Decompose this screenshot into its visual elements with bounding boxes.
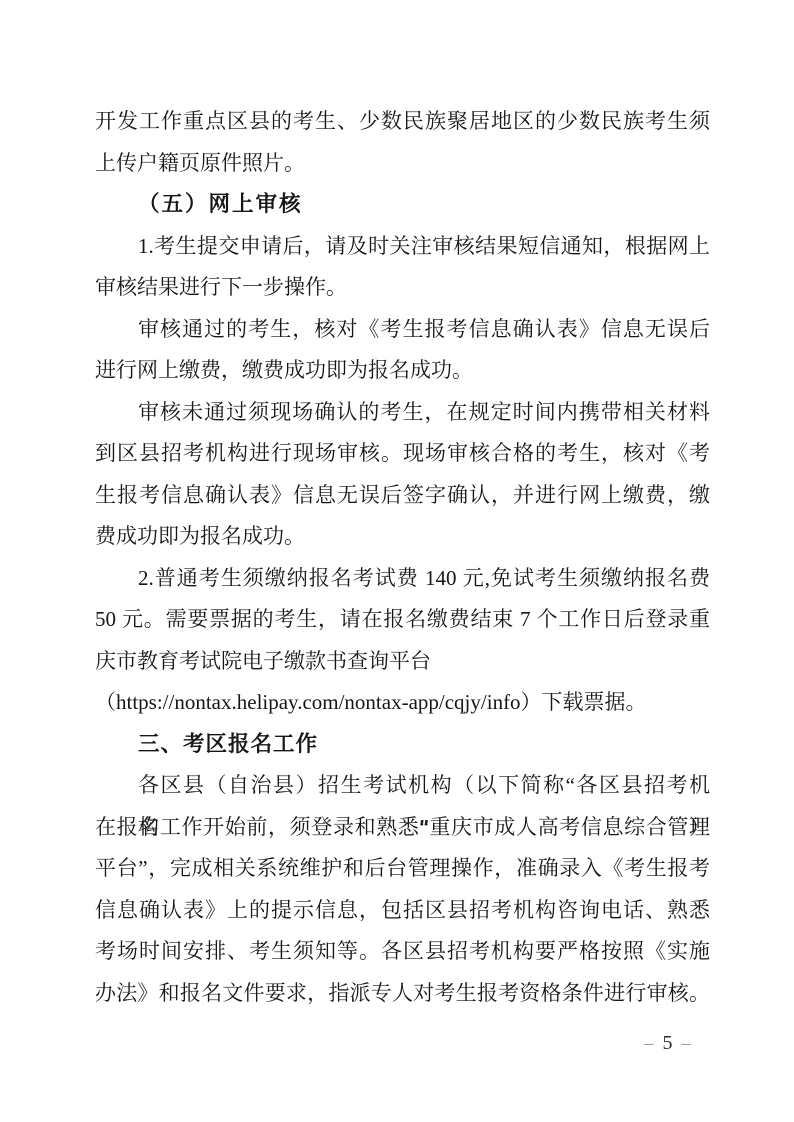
text-line: 开发工作重点区县的考生、少数民族聚居地区的少数民族考生须 [95,101,710,143]
document-page: 开发工作重点区县的考生、少数民族聚居地区的少数民族考生须上传户籍页原件照片。（五… [0,0,794,1122]
text-line: 进行网上缴费，缴费成功即为报名成功。 [95,350,710,392]
text-line: 在报名工作开始前，须登录和熟悉“重庆市成人高考信息综合管理 [95,807,710,849]
text-line: 庆市教育考试院电子缴款书查询平台 [95,641,710,683]
text-line: 上传户籍页原件照片。 [95,143,710,185]
text-line: 审核通过的考生，核对《考生报考信息确认表》信息无误后 [95,309,710,351]
text-line: （https://nontax.helipay.com/nontax-app/c… [95,682,710,724]
document-body: 开发工作重点区县的考生、少数民族聚居地区的少数民族考生须上传户籍页原件照片。（五… [95,101,710,1014]
text-line: 费成功即为报名成功。 [95,516,710,558]
text-line: 1.考生提交申请后，请及时关注审核结果短信通知，根据网上 [95,226,710,268]
section-heading: 三、考区报名工作 [95,724,710,766]
text-line: 各区县（自治县）招生考试机构（以下简称“各区县招考机构”） [95,765,710,807]
page-number-dash-right: – [673,1033,701,1054]
subsection-heading: （五）网上审核 [95,184,710,226]
page-number-dash-left: – [635,1033,663,1054]
text-line: 2.普通考生须缴纳报名考试费 140 元,免试考生须缴纳报名费 [95,558,710,600]
text-line: 考场时间安排、考生须知等。各区县招考机构要严格按照《实施 [95,931,710,973]
text-line: 审核未通过须现场确认的考生，在规定时间内携带相关材料 [95,392,710,434]
text-line: 审核结果进行下一步操作。 [95,267,710,309]
text-line: 平台”，完成相关系统维护和后台管理操作，准确录入《考生报考 [95,848,710,890]
page-number-value: 5 [663,1032,673,1054]
text-line: 生报考信息确认表》信息无误后签字确认，并进行网上缴费，缴 [95,475,710,517]
text-line: 信息确认表》上的提示信息，包括区县招考机构咨询电话、熟悉 [95,890,710,932]
text-line: 到区县招考机构进行现场审核。现场审核合格的考生，核对《考 [95,433,710,475]
text-line: 50 元。需要票据的考生，请在报名缴费结束 7 个工作日后登录重 [95,599,710,641]
page-number: –5– [635,1029,700,1058]
text-line: 办法》和报名文件要求，指派专人对考生报考资格条件进行审核。 [95,973,710,1015]
